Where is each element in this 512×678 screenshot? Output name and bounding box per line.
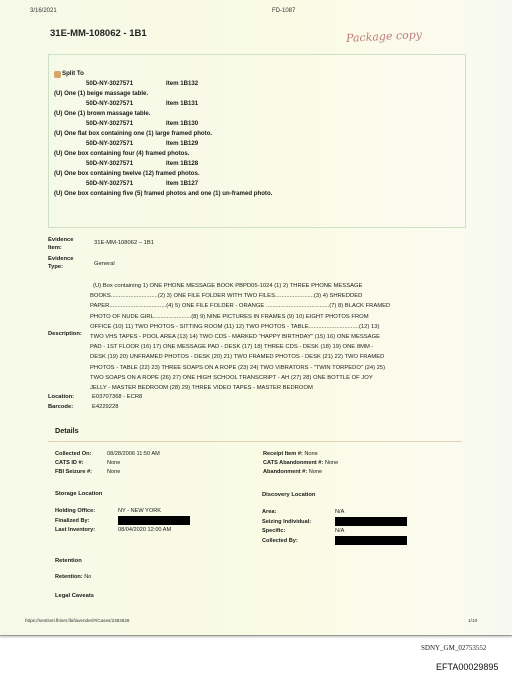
finalized-by-label: Finalized By:: [55, 517, 118, 526]
redacted-finalized-by: [118, 516, 190, 525]
split-item-ref: 50D-NY-3027571Item 1B127: [54, 179, 465, 189]
evidence-item-value: 31E-MM-108062 – 1B1: [94, 239, 154, 247]
page-number: 1/10: [468, 619, 477, 624]
split-item-description: (U) One box containing five (5) framed p…: [54, 189, 294, 199]
storage-location-heading: Storage Location: [55, 491, 102, 497]
split-item-ref: 50D-NY-3027571Item 1B129: [54, 139, 465, 149]
storage-location: Holding Office:NY - NEW YORK Finalized B…: [55, 507, 190, 535]
form-number: FD-1087: [272, 8, 295, 14]
split-item-description: (U) One flat box containing one (1) larg…: [54, 129, 294, 139]
abandonment-value: None: [309, 468, 322, 477]
document-page: 3/16/2021 FD-1087 31E-MM-108062 - 1B1 Pa…: [0, 0, 512, 636]
location-value: E03707368 - ECR8: [92, 393, 142, 401]
collected-on-label: Collected On:: [55, 450, 107, 459]
receipt-item-label: Receipt Item #:: [263, 450, 303, 459]
abandonment-label: Abandonment #:: [263, 468, 307, 477]
cats-abandonment-value: None: [325, 459, 338, 468]
split-case-number: 50D-NY-3027571: [86, 99, 166, 109]
split-item-number: Item 1B129: [166, 139, 198, 149]
retention-value: No: [84, 573, 91, 582]
split-case-number: 50D-NY-3027571: [86, 159, 166, 169]
specific-value: N/A: [335, 527, 344, 536]
split-item-ref: 50D-NY-3027571Item 1B131: [54, 99, 465, 109]
split-item-ref: 50D-NY-3027571Item 1B130: [54, 119, 465, 129]
split-case-number: 50D-NY-3027571: [86, 119, 166, 129]
split-item-number: Item 1B132: [166, 79, 198, 89]
area-label: Area:: [262, 508, 335, 517]
print-date: 3/16/2021: [30, 8, 57, 14]
case-title: 31E-MM-108062 - 1B1: [50, 28, 147, 39]
description-line: TWO VHS TAPES - POOL AREA (13) 14) TWO C…: [90, 332, 465, 342]
legal-caveats-heading: Legal Caveats: [55, 593, 94, 599]
description-line: PAPER...................................…: [90, 301, 465, 311]
cats-abandonment-label: CATS Abandonment #:: [263, 459, 323, 468]
description-line: PAD - 1ST FLOOR (16) 17) ONE MESSAGE PAD…: [90, 342, 465, 352]
split-to-heading: Split To: [54, 69, 465, 79]
folder-icon: [54, 71, 61, 78]
cats-id-value: None: [107, 459, 120, 468]
fbi-seizure-label: FBI Seizure #:: [55, 468, 107, 477]
holding-office-value: NY - NEW YORK: [118, 507, 161, 516]
split-case-number: 50D-NY-3027571: [86, 139, 166, 149]
barcode-label: Barcode:: [48, 403, 88, 411]
split-item-number: Item 1B127: [166, 179, 198, 189]
area-value: N/A: [335, 508, 344, 517]
discovery-location: Area:N/A Seizing Individual: Specific:N/…: [262, 508, 407, 546]
details-divider: [48, 441, 462, 442]
holding-office-label: Holding Office:: [55, 507, 118, 516]
description-line: PHOTOS - TABLE (22) 23) THREE SOAPS ON A…: [90, 363, 465, 373]
split-to-label: Split To: [62, 69, 84, 79]
split-item-number: Item 1B130: [166, 119, 198, 129]
split-item-number: Item 1B131: [166, 99, 198, 109]
description-text: (U) Box containing 1) ONE PHONE MESSAGE …: [90, 281, 465, 393]
split-case-number: 50D-NY-3027571: [86, 179, 166, 189]
last-inventory-label: Last Inventory:: [55, 526, 118, 535]
split-item-description: (U) One (1) brown massage table.: [54, 109, 294, 119]
evidence-item-label: Evidence Item:: [48, 236, 88, 252]
details-heading: Details: [55, 426, 79, 435]
description-label: Description:: [48, 331, 82, 337]
handwritten-note: Package copy: [346, 28, 423, 45]
retention-heading: Retention: [55, 558, 82, 564]
split-item-description: (U) One box containing twelve (12) frame…: [54, 169, 294, 179]
description-line: OFFICE (10) 11) TWO PHOTOS - SITTING ROO…: [90, 322, 465, 332]
discovery-location-heading: Discovery Location: [262, 492, 315, 498]
cats-id-label: CATS ID #:: [55, 459, 107, 468]
retention-row: Retention: No: [55, 573, 91, 582]
split-items: 50D-NY-3027571Item 1B132(U) One (1) beig…: [54, 79, 465, 199]
description-line: TWO SOAPS ON A ROPE (26) 27) ONE HIGH SC…: [90, 373, 465, 383]
description-line: DESK (19) 20) UNFRAMED PHOTOS - DESK (20…: [90, 352, 465, 362]
split-item-description: (U) One box containing four (4) framed p…: [54, 149, 294, 159]
bates-sdny: SDNY_GM_02753552: [421, 644, 486, 652]
redacted-collected-by: [335, 536, 407, 545]
location-label: Location:: [48, 393, 88, 401]
evidence-type-value: General: [94, 260, 115, 268]
retention-label: Retention:: [55, 573, 83, 582]
fbi-seizure-value: None: [107, 468, 120, 477]
bates-efta: EFTA00029895: [436, 662, 498, 672]
barcode-value: E4229228: [92, 403, 118, 411]
collected-on-value: 08/28/2006 11:50 AM: [107, 450, 160, 459]
details-right: Receipt Item #: None CATS Abandonment #:…: [263, 450, 338, 477]
details-left: Collected On:08/28/2006 11:50 AM CATS ID…: [55, 450, 160, 477]
description-line: (U) Box containing 1) ONE PHONE MESSAGE …: [93, 281, 465, 291]
receipt-item-value: None: [304, 450, 317, 459]
split-case-number: 50D-NY-3027571: [86, 79, 166, 89]
last-inventory-value: 08/04/2020 12:00 AM: [118, 526, 171, 535]
evidence-type-label: Evidence Type:: [48, 255, 88, 271]
split-item-description: (U) One (1) beige massage table.: [54, 89, 294, 99]
split-item-ref: 50D-NY-3027571Item 1B128: [54, 159, 465, 169]
split-to-box: Split To 50D-NY-3027571Item 1B132(U) One…: [48, 54, 466, 228]
redacted-seizing-individual: [335, 517, 407, 526]
seizing-individual-label: Seizing Individual:: [262, 518, 335, 527]
description-line: BOOKS.............................(2) 3)…: [90, 291, 465, 301]
description-line: PHOTO OF NUDE GIRL......................…: [90, 312, 465, 322]
description-line: JELLY - MASTER BEDROOM (28) 29) THREE VI…: [90, 383, 465, 393]
split-item-ref: 50D-NY-3027571Item 1B132: [54, 79, 465, 89]
specific-label: Specific:: [262, 527, 335, 536]
collected-by-label: Collected By:: [262, 537, 335, 546]
split-item-number: Item 1B128: [166, 159, 198, 169]
footer-url: https://sentinel.fbinet.fbi/lavender/#/C…: [25, 618, 129, 623]
